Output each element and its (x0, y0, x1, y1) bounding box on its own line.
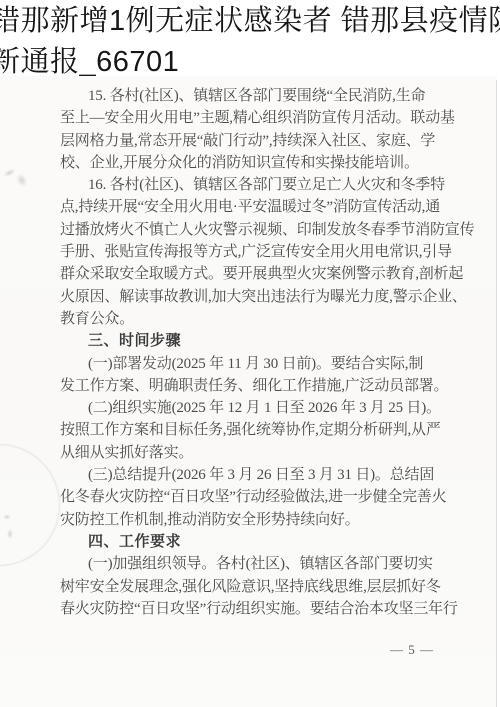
document-text-line: 四、工作要求 (60, 531, 462, 553)
document-text-line: 校、企业,开展分众化的消防知识宣传和实操技能培训。 (60, 152, 462, 174)
scan-smudge-artifact (2, 512, 16, 548)
document-body-text: 15. 各村(社区)、镇辖区各部门要围绕“全民消防,生命至上—安全用火用电”主题… (60, 85, 462, 620)
document-text-line: 发工作方案、明确职责任务、细化工作措施,广泛动员部署。 (60, 375, 462, 397)
document-text-line: 16. 各村(社区)、镇辖区各部门要立足亡人火灾和冬季特 (60, 174, 462, 196)
document-text-line: (一)加强组织领导。各村(社区)、镇辖区各部门要切实 (60, 553, 462, 575)
document-text-line: (一)部署发动(2025 年 11 月 30 日前)。要结合实际,制 (60, 353, 462, 375)
document-text-line: 手册、张贴宣传海报等方式,广泛宣传安全用火用电常识,引导 (60, 241, 462, 263)
page-title: 错那新增1例无症状感染者 错那县疫情防控最 新通报_66701 (0, 1, 500, 83)
document-text-line: 群众采取安全取暖方式。要开展典型火灾案例警示教育,剖析起 (60, 263, 462, 285)
scan-smudge-artifact (0, 158, 35, 196)
scanned-document-page: 15. 各村(社区)、镇辖区各部门要围绕“全民消防,生命至上—安全用火用电”主题… (0, 76, 500, 707)
document-text-line: 从细从实抓好落实。 (60, 442, 462, 464)
document-text-line: 15. 各村(社区)、镇辖区各部门要围绕“全民消防,生命 (60, 85, 462, 107)
document-text-line: 火原因、解读事故教训,加大突出违法行为曝光力度,警示企业、 (60, 286, 462, 308)
document-text-line: 教育公众。 (60, 308, 462, 330)
document-text-line: 化冬春火灾防控“百日攻坚”行动经验做法,进一步健全完善火 (60, 486, 462, 508)
document-text-line: 按照工作方案和目标任务,强化统筹协作,定期分析研判,从严 (60, 419, 462, 441)
page-title-line-1: 错那新增1例无症状感染者 错那县疫情防控最 (0, 1, 500, 42)
document-text-line: 树牢安全发展理念,强化风险意识,坚持底线思维,层层抓好冬 (60, 576, 462, 598)
document-text-line: 层网格力量,常态开展“敲门行动”,持续深入社区、家庭、学 (60, 130, 462, 152)
document-text-line: 三、时间步骤 (60, 330, 462, 352)
document-text-line: (三)总结提升(2026 年 3 月 26 日至 3 月 31 日)。总结固 (60, 464, 462, 486)
document-text-line: 过播放烤火不慎亡人火灾警示视频、印制发放冬春季节消防宣传 (60, 219, 462, 241)
document-page-number: — 5 — (390, 642, 434, 658)
scan-page-edge-line (496, 80, 497, 707)
document-text-line: 灾防控工作机制,推动消防安全形势持续向好。 (60, 509, 462, 531)
document-text-line: 至上—安全用火用电”主题,精心组织消防宣传月活动。联动基 (60, 107, 462, 129)
document-text-line: 点,持续开展“安全用火用电·平安温暖过冬”消防宣传活动,通 (60, 196, 462, 218)
document-text-line: (二)组织实施(2025 年 12 月 1 日至 2026 年 3 月 25 日… (60, 397, 462, 419)
document-text-line: 春火灾防控“百日攻坚”行动组织实施。要结合治本攻坚三年行 (60, 598, 462, 620)
